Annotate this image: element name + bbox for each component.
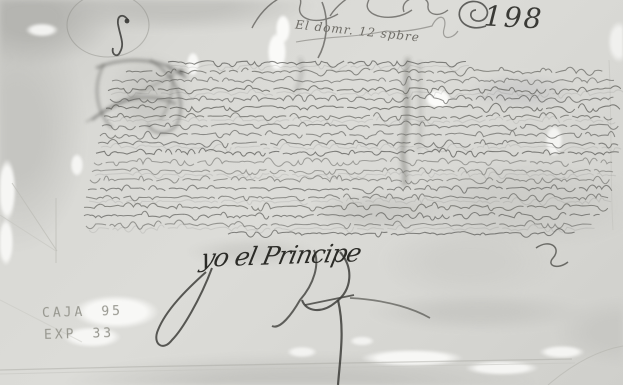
caja-label: CAJA xyxy=(42,305,86,321)
body-lines xyxy=(84,61,623,238)
folio-number: 198 xyxy=(483,0,544,36)
signature-text: yo el Principe xyxy=(198,238,364,273)
exp-number: 33 xyxy=(92,326,114,342)
exp-label: EXP xyxy=(44,327,77,343)
caja-number: 95 xyxy=(101,304,123,320)
archival-exp-mark: EXP33 xyxy=(44,326,115,343)
manuscript-photo: 198 El domr. 12 spbre yo el Principe CAJ… xyxy=(0,0,623,385)
seal-ring xyxy=(67,0,149,57)
archival-caja-mark: CAJA95 xyxy=(42,304,123,321)
